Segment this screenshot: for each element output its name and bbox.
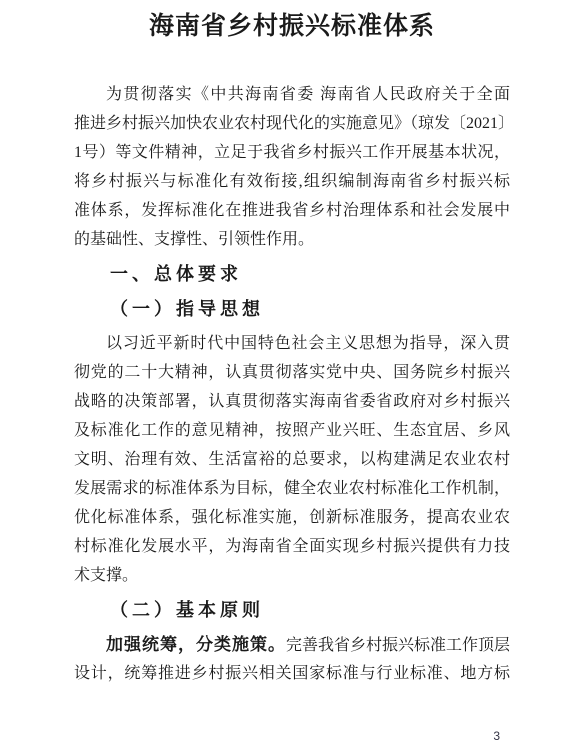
paragraph-intro: 为贯彻落实《中共海南省委 海南省人民政府关于全面 推进乡村振兴加快农业农村现代化… <box>74 80 510 254</box>
text-line: 准体系，发挥标准化在推进我省乡村治理体系和社会发展中 <box>74 196 510 225</box>
text-line: 优化标准体系，强化标准实施，创新标准服务，提高农业农 <box>74 503 510 532</box>
paragraph-basic-principles: 加强统筹，分类施策。完善我省乡村振兴标准工作顶层 设计，统筹推进乡村振兴相关国家… <box>74 630 510 688</box>
text-line: 以习近平新时代中国特色社会主义思想为指导，深入贯 <box>74 329 510 358</box>
paragraph-lead-bold: 加强统筹，分类施策。 <box>106 635 286 654</box>
text-line: 及标准化工作的意见精神，按照产业兴旺、生态宜居、乡风 <box>74 416 510 445</box>
heading-guiding-ideology: （一）指导思想 <box>74 295 510 324</box>
text-line: 将乡村振兴与标准化有效衔接,组织编制海南省乡村振兴标 <box>74 167 510 196</box>
text-line: 1号）等文件精神，立足于我省乡村振兴工作开展基本状况， <box>74 138 510 167</box>
paragraph-lead-rest: 完善我省乡村振兴标准工作顶层 <box>286 637 510 654</box>
document-page: 海南省乡村振兴标准体系 为贯彻落实《中共海南省委 海南省人民政府关于全面 推进乡… <box>0 0 585 750</box>
text-line: 发展需求的标准体系为目标，健全农业农村标准化工作机制， <box>74 474 510 503</box>
text-line: 设计，统筹推进乡村振兴相关国家标准与行业标准、地方标 <box>74 659 510 688</box>
paragraph-guiding-ideology: 以习近平新时代中国特色社会主义思想为指导，深入贯 彻党的二十大精神，认真贯彻落实… <box>74 329 510 590</box>
text-line: 战略的决策部署，认真贯彻落实海南省委省政府对乡村振兴 <box>74 387 510 416</box>
text-line: 术支撑。 <box>74 561 510 590</box>
text-line: 的基础性、支撑性、引领性作用。 <box>74 225 510 254</box>
text-line: 文明、治理有效、生活富裕的总要求，以构建满足农业农村 <box>74 445 510 474</box>
text-line: 彻党的二十大精神，认真贯彻落实党中央、国务院乡村振兴 <box>74 358 510 387</box>
page-number: 3 <box>493 729 500 743</box>
text-line: 村标准化发展水平，为海南省全面实现乡村振兴提供有力技 <box>74 532 510 561</box>
heading-overall-requirements: 一、总体要求 <box>74 260 510 289</box>
text-line: 为贯彻落实《中共海南省委 海南省人民政府关于全面 <box>74 80 510 109</box>
document-title: 海南省乡村振兴标准体系 <box>74 12 510 42</box>
text-line: 加强统筹，分类施策。完善我省乡村振兴标准工作顶层 <box>74 630 510 659</box>
text-line: 推进乡村振兴加快农业农村现代化的实施意见》（琼发〔2021〕 <box>74 109 510 138</box>
heading-basic-principles: （二）基本原则 <box>74 596 510 625</box>
